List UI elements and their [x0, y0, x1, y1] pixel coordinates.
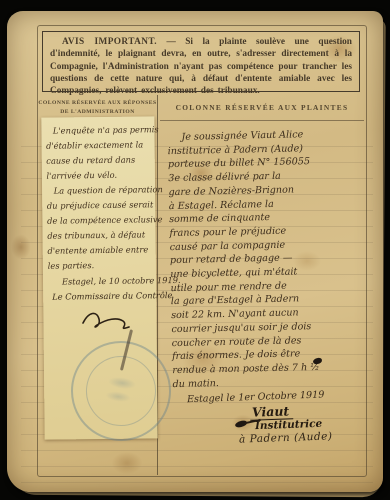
notice-title: AVIS IMPORTANT.	[62, 37, 157, 47]
admin-response-line: des tribunaux, à défaut	[47, 227, 155, 244]
admin-response-line: de la compétence exclusive	[47, 212, 155, 229]
admin-response-text: L'enquête n'a pas permisd'établir exacte…	[46, 122, 157, 304]
stamp-smudge	[93, 370, 150, 413]
admin-response-line: cause du retard dans	[46, 152, 154, 169]
admin-signature-scribble	[77, 307, 137, 333]
admin-response-line: Le Commissaire du Contrôle	[48, 288, 156, 305]
admin-response-line: La question de réparation	[47, 182, 155, 199]
admin-response-line: L'enquête n'a pas permis	[46, 122, 154, 139]
complaint-text: Je soussignée Viaut Aliceinstitutrice à …	[167, 127, 372, 391]
admin-header-line1: COLONNE RÉSERVÉE AUX RÉPONSES	[38, 100, 156, 106]
admin-response-line: du préjudice causé serait	[47, 197, 155, 214]
admin-response-line: Estagel, le 10 octobre 1919.	[48, 273, 156, 290]
admin-response-line: d'établir exactement la	[46, 137, 154, 154]
admin-response-line: les parties.	[48, 257, 156, 274]
plaint-column-header: COLONNE RÉSERVÉE AUX PLAINTES	[159, 103, 365, 121]
admin-response-line: d'entente amiable entre	[47, 242, 155, 259]
admin-header-line2: DE L'ADMINISTRATION	[60, 109, 135, 115]
admin-response-line: l'arrivée du vélo.	[46, 167, 154, 184]
complaint-form-page: AVIS IMPORTANT. — Si la plainte soulève …	[7, 11, 383, 492]
plaint-header-label: COLONNE RÉSERVÉE AUX PLAINTES	[176, 103, 349, 112]
plaint-header-underline	[160, 120, 364, 121]
complainant-title: Institutrice	[255, 418, 323, 432]
important-notice-box: AVIS IMPORTANT. — Si la plainte soulève …	[42, 31, 360, 92]
